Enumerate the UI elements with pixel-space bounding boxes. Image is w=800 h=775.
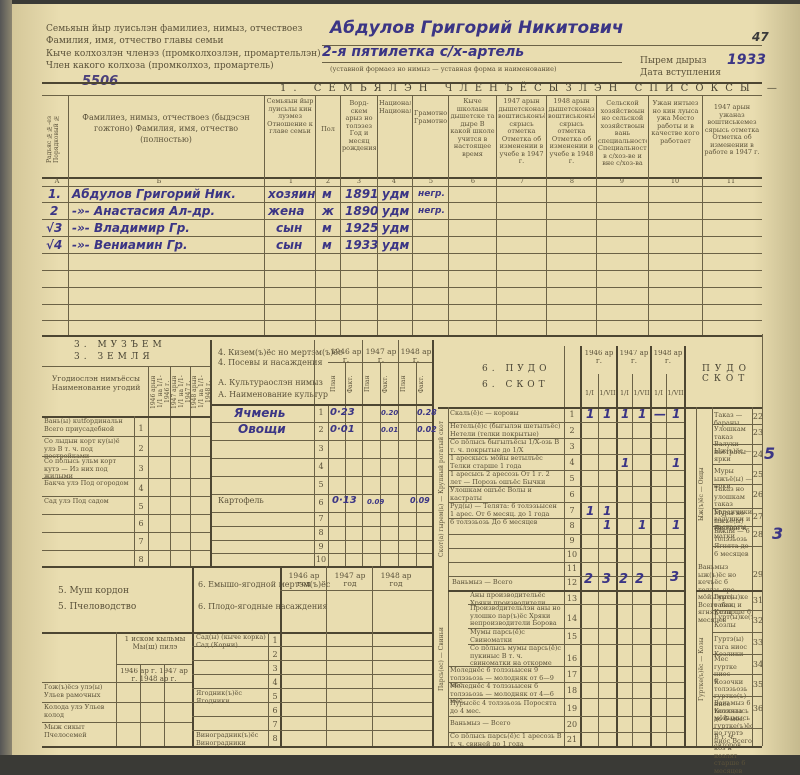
member-relation: хозяин [268, 187, 315, 201]
col-id: 1 [284, 178, 298, 186]
orchard-label: Виноградник(ъ)ёс Виноградники [196, 732, 266, 747]
livestock-total-label: Ваньмыз — Всего [452, 579, 562, 587]
row-number: 8 [315, 528, 327, 537]
row-number: 9 [315, 542, 327, 551]
bees-label-ru: 5. Пчеловодство [58, 602, 136, 612]
crops-year: 1947 ар г. [364, 348, 398, 363]
livestock-label: 1 аресысь 2 аресозь От 1 г. 2 лет — Поро… [450, 471, 562, 486]
row-number: 19 [566, 704, 578, 713]
member-name: -»- Владимир Гр. [72, 221, 190, 235]
livestock-value: 1 [621, 456, 629, 470]
bees-row-label: Колода улэ Ульев колод [44, 704, 114, 719]
livestock-value: 1 [638, 407, 646, 421]
member-sex: м [322, 187, 332, 201]
member-name: Абдулов Григорий Ник. [72, 187, 236, 201]
row-number: 3 [566, 442, 578, 451]
plan-col: План [400, 372, 414, 396]
row-number: 7 [315, 514, 327, 523]
crop-name: Картофель [218, 496, 264, 506]
registry-page: Семьяын йыр луисьлэн фамилиез, нимыз, от… [12, 4, 800, 755]
col-id: 7 [515, 178, 529, 186]
row-number: 4 [135, 484, 147, 493]
livestock-label: Со пӧлысь быгылъёсы 1/X-озь В т. ч. покр… [450, 439, 562, 454]
col-6-header: Кыче школаын дышетске та дыре В какой шк… [450, 98, 495, 158]
fact-col: Факт. [418, 372, 432, 396]
row-number: 10 [315, 555, 327, 564]
row-number: 6 [269, 706, 281, 715]
livestock-value: 1 [586, 504, 594, 518]
bees-row-label: Мыж сикыт Пчелосемей [44, 724, 114, 739]
member-no: √4 [46, 238, 62, 252]
fact-col: Факт. [382, 372, 396, 396]
crop-value: 0.02 [417, 425, 437, 434]
col-id: 2 [321, 178, 335, 186]
row-number: 17 [566, 670, 578, 679]
row-number: 1 [269, 636, 281, 645]
member-sex: м [322, 238, 332, 252]
col-7-header: 1947 арын дышетсконаз воштиськонъёс сяры… [498, 98, 545, 166]
livestock-label: Нетель(ё)с (быгылэн шетылъёс) Нетели (те… [450, 423, 562, 438]
date-col: 1/VII [667, 390, 684, 398]
member-nationality: удм [382, 238, 409, 252]
row-number: 8 [269, 734, 281, 743]
livestock-value: 1 [586, 407, 594, 421]
row-number: 5 [315, 480, 327, 489]
col-id: А [50, 178, 64, 186]
livestock-year: 1946 ар г. [582, 350, 616, 365]
col-5-header: Грамотностез Грамотность [414, 110, 447, 125]
row-number: 13 [566, 594, 578, 603]
section1-title: 1. СЕМЬЯЛЭН ЧЛЕНЪЁСЫЗЛЭН СПИСОКСЫ — [280, 83, 784, 94]
row-number: 2 [566, 426, 578, 435]
livestock-label: Руд(ы) — Телята: 6 толэзьысен 1 арес. От… [450, 503, 562, 518]
page-number: 47 [752, 30, 769, 44]
livestock-value: 1 [672, 456, 680, 470]
section4-title-udm: 4. Кизем(ъ)ёс но мертэм(ъ)ёс [218, 348, 343, 358]
section3-title-ru: 3. ЗЕМЛЯ [74, 352, 154, 362]
row-number: 7 [269, 720, 281, 729]
member-sex: ж [322, 204, 334, 218]
member-birth-year: 1891 [345, 187, 378, 201]
livestock-title-udm: 6. ПУДО [482, 364, 551, 374]
row-number: 9 [566, 536, 578, 545]
col-8-header: 1948 арын дышетсконаз воштиськонъёс сяры… [548, 98, 595, 166]
date-col: 1/I [617, 390, 632, 398]
livestock-value: 1 [638, 518, 646, 532]
land-label: Вань(ы) кutfординальн Всего приусадебной [44, 418, 132, 433]
member-nationality: удм [382, 221, 409, 235]
col-id: 10 [668, 178, 682, 186]
row-number: 3 [269, 664, 281, 673]
col-b-header: Фамилиез, нимыз, отчествоез (быдэсэн гож… [72, 112, 260, 145]
row-number: 8 [566, 521, 578, 530]
col-id: 11 [724, 178, 738, 186]
kolkhoz-label-ru: Член какого колхоза (промколхоз, промарт… [46, 61, 274, 71]
row-number: 8 [135, 555, 147, 564]
member-nationality: удм [382, 187, 409, 201]
crops-year: 1946 ар г. [330, 348, 362, 363]
row-number: 5 [269, 692, 281, 701]
col-id: 9 [615, 178, 629, 186]
livestock-label: Со пӧлысь парсь(ё)с 1 аресозь В т. ч. св… [450, 733, 562, 748]
row-number: 6 [566, 490, 578, 499]
member-no: √3 [46, 221, 62, 235]
row-number: 6 [135, 519, 147, 528]
crop-value: 0.09 [367, 498, 384, 506]
col-10-header: Ужан интыез но кин луыса ужа Место работ… [650, 100, 701, 145]
member-literacy: негр. [418, 206, 445, 216]
livestock-label: 1 арескысь мӧйы ветылъёс Телки старше 1 … [450, 455, 562, 470]
row-number: 1 [135, 424, 147, 433]
row-number: 12 [566, 578, 578, 587]
col-9-header: Сельской хозяйствоын но сельской хозяйст… [598, 100, 647, 168]
col-id: 8 [565, 178, 579, 186]
land-year-col: 1947 арын 1/1 на 1/1-1947 г. [171, 370, 189, 414]
crop-value: 0·13 [332, 495, 357, 506]
row-number: 11 [566, 564, 578, 573]
member-sex: м [322, 221, 332, 235]
col-1-header: Семьяын йыр луисьлы кин луэмез Отношение… [266, 98, 314, 136]
row-number: 2 [135, 444, 147, 453]
kolkhoz-name: 2-я пятилетка с/х-артель [322, 44, 524, 60]
livestock-year: 1948 ар г. [652, 350, 684, 365]
plan-col: План [330, 372, 344, 396]
member-no: 2 [50, 204, 58, 218]
member-literacy: негр. [418, 189, 445, 199]
row-number: 1 [566, 410, 578, 419]
row-number: 21 [566, 735, 578, 744]
col-4-header: Национальностез Национальность [379, 100, 411, 115]
cattle-group-label: Скот(а) гырем(ь) — Крупный рогатый скот [438, 414, 448, 564]
livestock-total: 2 [635, 572, 644, 587]
kolkhoz-note: (уставной формаез но нимыз — уставная фо… [330, 66, 557, 73]
joined-year: 1933 [727, 52, 766, 68]
plan-col: План [364, 372, 378, 396]
land-col-name: Угодиослэн нимъёссы Наименование угодий [46, 374, 146, 392]
row-number: 7 [566, 506, 578, 515]
member-birth-year: 1933 [345, 238, 378, 252]
fact-col: Факт. [347, 372, 361, 396]
livestock-title-ru: 6. СКОТ [482, 380, 549, 390]
crops-col-ru: А. Наименование культур [218, 390, 328, 400]
livestock-value: 1 [672, 407, 680, 421]
pigs-group-label: Парсь(ес) — Свиньи [438, 584, 448, 734]
col-id: 6 [466, 178, 480, 186]
member-nationality: удм [382, 204, 409, 218]
member-relation: сын [276, 221, 302, 235]
livestock-label: Улошкам ошъёс Волы и кастраты [450, 487, 562, 502]
bees-row-label: Гож(ъ)ёсэ улэ(ы) Ульев рамочных [44, 684, 114, 699]
row-number: 10 [566, 550, 578, 559]
livestock-value: — [654, 407, 666, 421]
row-number: 7 [135, 537, 147, 546]
col-id: 3 [352, 178, 366, 186]
livestock-value: 1 [603, 518, 611, 532]
crop-value: 0.09 [410, 496, 430, 505]
row-number: 4 [315, 462, 327, 471]
crop-name: Овощи [238, 422, 286, 436]
sheep-group-label: Ыж(ъ)ёс — Овцы [698, 424, 710, 564]
crop-value: 0.28 [417, 408, 437, 417]
livestock-total: 3 [670, 570, 679, 585]
head-of-family-name: Абдулов Григорий Никитович [330, 18, 624, 38]
member-name: -»- Анастасия Ал-др. [72, 204, 215, 218]
land-label: Бакча улэ Под огородом [44, 480, 132, 488]
col-id: Б [152, 178, 166, 186]
crop-value: 0.20 [381, 409, 398, 417]
header-label-udm: Семьяын йыр луисьлэн фамилиез, нимыз, от… [46, 24, 302, 34]
date-col: 1/VII [599, 390, 616, 398]
member-no: 1. [48, 187, 61, 201]
orchards-title-ru: 6. Плодо-ягодные насаждения [198, 602, 328, 612]
sheep-count: 5 [764, 444, 775, 463]
date-col: 1/VII [633, 390, 650, 398]
land-year-col: 1946 арын 1/1 на 1/1-1946 г. [150, 370, 168, 414]
crop-value: 0.01 [381, 426, 398, 434]
crops-col-udm: А. Культураослэн нимыз [218, 378, 323, 388]
livestock-year: 1947 ар г. [618, 350, 650, 365]
row-number: 5 [135, 502, 147, 511]
section3-title-udm: 3. МУЗЪЕМ [74, 340, 166, 350]
lambs-count: 3 [772, 524, 783, 543]
livestock-total: 3 [602, 572, 611, 587]
col-a-header: Радъяс №№-ез Порядковый № [46, 104, 66, 174]
col-3-header: Ворд-скем арыз но толэзез Год и месяц ро… [342, 100, 376, 153]
livestock-label: Скаль(ё)с — коровы [450, 410, 562, 418]
joined-label-udm: Пырем дырыз [640, 56, 707, 66]
member-relation: жена [268, 204, 304, 218]
row-number: 6 [315, 498, 327, 507]
land-label: Сад улэ Под садом [44, 498, 132, 506]
col-id: 5 [424, 178, 438, 186]
livestock-label: Пурысёс 4 толэзьозь Поросята до 4 мес. [450, 700, 562, 715]
livestock-value: 1 [672, 518, 680, 532]
row-number: 2 [315, 425, 327, 434]
bees-label-udm: 5. Муш кордон [58, 586, 129, 596]
row-number: 16 [566, 654, 578, 663]
right-row-label: Ыжпи — 6 толэзьозь Ягнята до 6 месяцев [714, 528, 752, 558]
orchards-year: 1947 ар год [330, 572, 370, 587]
row-number: 15 [566, 632, 578, 641]
bees-header: 1 иском кыльмы Мы(ш) пилэ [120, 636, 190, 651]
livestock-label: Со пӧлысь мумы парсь(ё)с пукиныс В т. ч.… [470, 645, 562, 668]
date-col: 1/I [581, 390, 598, 398]
livestock-label: Ваньмыз — Всего [450, 720, 562, 728]
crops-year: 1948 ар г. [400, 348, 432, 363]
row-number: 3 [135, 464, 147, 473]
livestock-value: 1 [603, 504, 611, 518]
joined-label-ru: Дата вступления [640, 68, 721, 78]
right-panel-title: ПУДО СКОТ [702, 364, 762, 384]
section4-title-ru: 4. Посевы и насаждения [218, 358, 323, 368]
row-number: 14 [566, 614, 578, 623]
livestock-label: Производительлэн аны но улошко пар(ъ)ёс … [470, 605, 562, 628]
row-number: 5 [566, 474, 578, 483]
row-number: 4 [566, 458, 578, 467]
crop-name: Ячмень [234, 406, 285, 420]
orchards-year: 1946 ар год [284, 572, 324, 587]
livestock-total: 2 [619, 572, 628, 587]
crop-value: 0·23 [330, 407, 355, 418]
row-number: 18 [566, 686, 578, 695]
member-relation: сын [276, 238, 302, 252]
bees-years: 1946 ар г. 1947 ар г. 1948 ар г. [118, 668, 190, 683]
row-number: 2 [269, 650, 281, 659]
livestock-total: 2 [584, 572, 593, 587]
right-row-label: Гурт(ы)ке(ъ)ёс Козлы [714, 614, 752, 629]
member-name: -»- Вениамин Гр. [72, 238, 188, 252]
member-birth-year: 1925 [345, 221, 378, 235]
row-number: 20 [566, 720, 578, 729]
livestock-value: 1 [621, 407, 629, 421]
livestock-label: 6 толэзьозь До 6 месяцев [450, 519, 562, 527]
date-col: 1/I [651, 390, 666, 398]
land-year-col: 1948 арын 1/1 на 1/1-1948 г. [191, 370, 209, 414]
right-row-label: В т. ч. авторов [714, 734, 752, 749]
header-label-ru: Фамилия, имя, отчество главы семьи [46, 36, 224, 46]
row-number: 1 [315, 408, 327, 417]
livestock-value: 1 [603, 407, 611, 421]
col-2-header: Пол [317, 126, 339, 134]
orchards-year: 1948 ар год [376, 572, 416, 587]
col-11-header: 1947 арын ужаназ воштиськемез сярысь отм… [704, 104, 760, 157]
right-row-label: Ыж(ъ)ёс — ярки [714, 448, 752, 463]
row-number: 3 [315, 444, 327, 453]
kolkhoz-label-udm: Кыче колхозлэн членэз (промколхозлэн, пр… [46, 49, 321, 59]
col-id: 4 [387, 178, 401, 186]
book-spine [0, 0, 12, 755]
row-number: 4 [269, 678, 281, 687]
livestock-label: Мумы парсь(ё)с Свиноматки [470, 629, 562, 644]
crop-value: 0·01 [330, 424, 355, 435]
member-birth-year: 1890 [345, 204, 378, 218]
